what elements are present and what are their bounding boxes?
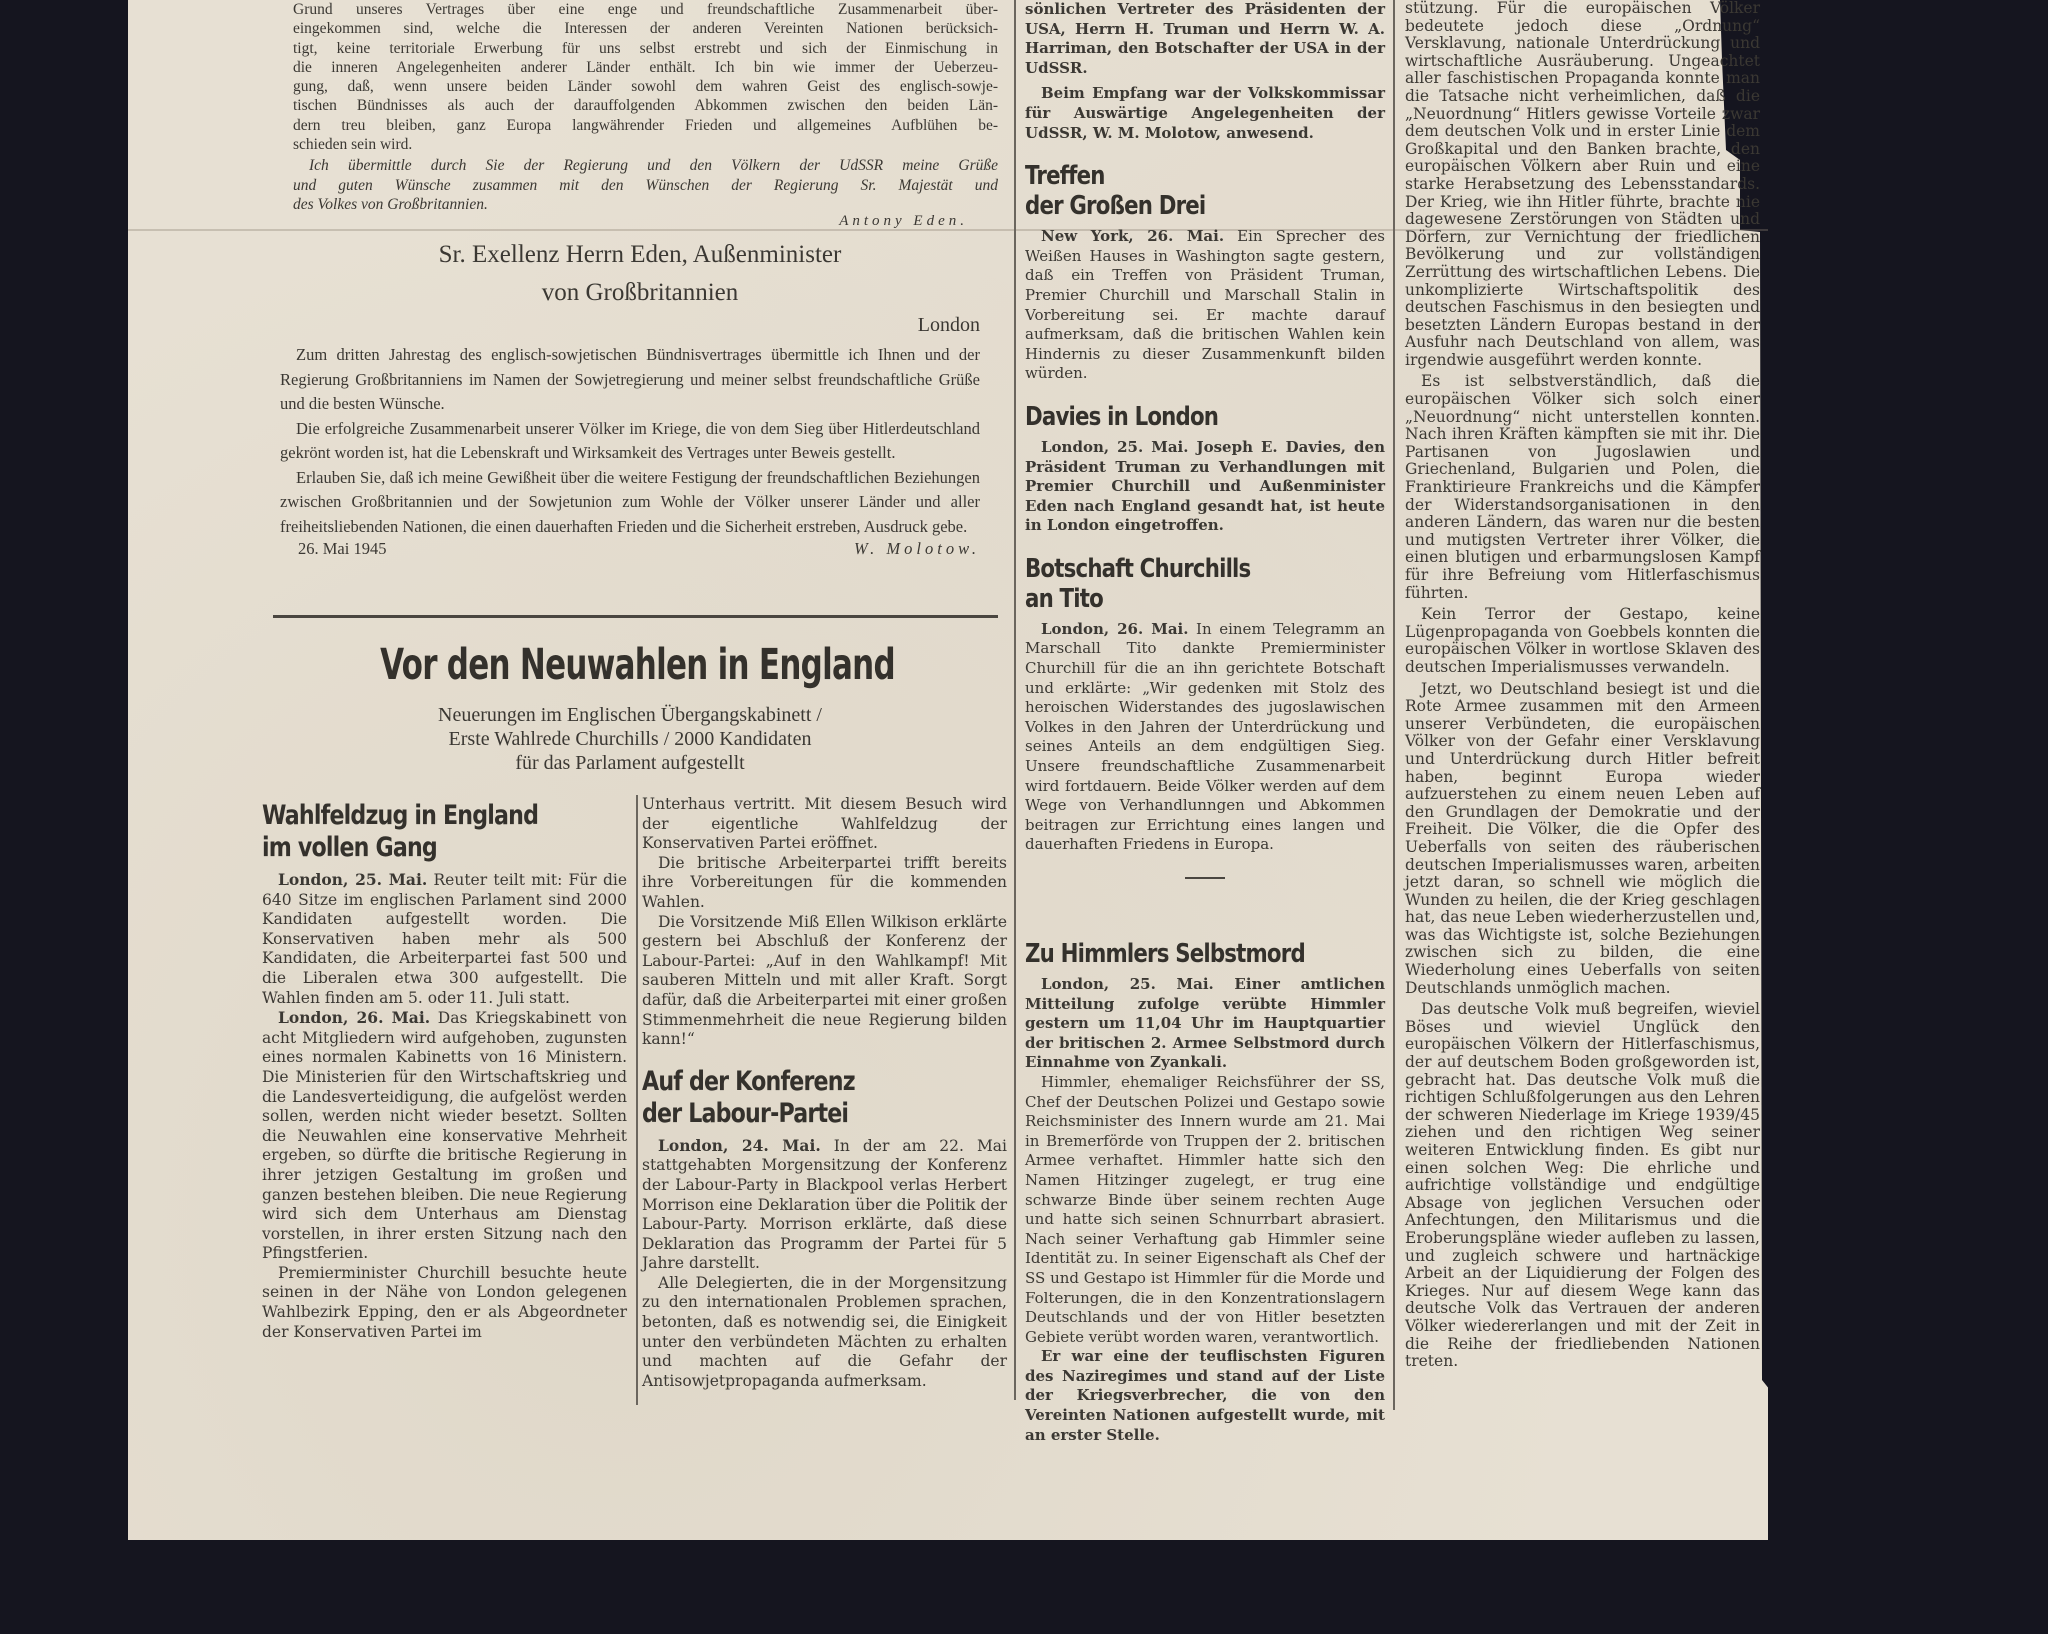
article-title: Botschaft Churchillsan Tito — [1025, 554, 1320, 614]
intro-text: sönlichen Vertreter des Präsidenten der … — [1025, 0, 1385, 143]
paragraph: Es ist selbstverständlich, daß die europ… — [1405, 373, 1760, 602]
short-divider — [1185, 877, 1225, 879]
article-labour: Unterhaus vertritt. Mit diesem Besuch wi… — [642, 795, 1007, 1391]
paragraph: Zum dritten Jahrestag des englisch-sowje… — [280, 343, 980, 417]
paragraph: sönlichen Vertreter des Präsidenten der … — [1025, 0, 1385, 78]
title-line: Botschaft Churchills — [1025, 554, 1320, 584]
paragraph: London, 24. Mai. In der am 22. Mai statt… — [642, 1136, 1007, 1274]
article-wahlfeldzug: Wahlfeldzug in England im vollen Gang Lo… — [262, 800, 627, 1342]
dateline: London, 25. Mai. — [1041, 438, 1188, 456]
title-line: Davies in London — [1025, 402, 1320, 432]
text-line: Grund unseres Vertrages über eine enge u… — [293, 0, 998, 19]
middle-article: Treffender Großen DreiNew York, 26. Mai.… — [1025, 161, 1385, 384]
article-body: London, 25. Mai. Einer amtlichen Mitteil… — [1025, 975, 1385, 1445]
column-rule — [1014, 0, 1016, 1400]
article-title: Wahlfeldzug in England im vollen Gang — [262, 800, 561, 864]
title-line: Zu Himmlers Selbstmord — [1025, 939, 1320, 969]
column-rule — [636, 795, 638, 1405]
middle-article: Botschaft Churchillsan TitoLondon, 26. M… — [1025, 554, 1385, 879]
subheading-line: Neuerungen im Englischen Übergangskabine… — [280, 703, 980, 727]
molotov-letter-place: London — [280, 314, 980, 337]
right-column: stützung. Für die europäischen Völker be… — [1405, 0, 1760, 1375]
paragraph: Beim Empfang war der Volkskommissar für … — [1025, 84, 1385, 143]
molotov-signature: W. Molotow. — [854, 539, 980, 559]
text-line: gung, daß, wenn unsere beiden Länder sow… — [293, 77, 998, 96]
article-title: Zu Himmlers Selbstmord — [1025, 939, 1320, 969]
paragraph: Kein Terror der Gestapo, keine Lügenprop… — [1405, 606, 1760, 676]
section-divider — [273, 615, 998, 618]
paragraph: Die britische Arbeiterpartei trifft bere… — [642, 854, 1007, 913]
text-line: Ich übermittle durch Sie der Regierung u… — [293, 156, 998, 175]
paragraph: London, 26. Mai. In einem Telegramm an M… — [1025, 620, 1385, 855]
article-title: Treffender Großen Drei — [1025, 161, 1320, 221]
election-subheading: Neuerungen im Englischen Übergangskabine… — [280, 703, 980, 775]
text-line: und guten Wünsche zusammen mit den Wünsc… — [293, 176, 998, 195]
paragraph: Die erfolgreiche Zusammenarbeit unserer … — [280, 417, 980, 466]
dateline: London, 26. Mai. — [278, 1008, 430, 1027]
eden-letter: Grund unseres Vertrages über eine enge u… — [293, 0, 998, 214]
dateline: London, 24. Mai. — [658, 1136, 821, 1155]
paragraph: Unterhaus vertritt. Mit diesem Besuch wi… — [642, 795, 1007, 854]
molotov-letter-date: 26. Mai 1945 — [298, 539, 386, 559]
article-continued-body: Unterhaus vertritt. Mit diesem Besuch wi… — [642, 795, 1007, 1050]
title-line: der Großen Drei — [1025, 191, 1320, 221]
paragraph: Erlauben Sie, daß ich meine Gewißheit üb… — [280, 466, 980, 540]
dateline: London, 25. Mai. — [278, 870, 427, 889]
dateline: London, 25. Mai. — [1041, 975, 1214, 993]
text-line: tigt, keine territoriale Erwerbung für u… — [293, 39, 998, 58]
paragraph: London, 25. Mai. Einer amtlichen Mitteil… — [1025, 975, 1385, 1073]
middle-article: Zu Himmlers SelbstmordLondon, 25. Mai. E… — [1025, 939, 1385, 1445]
dateline: London, 26. Mai. — [1041, 620, 1188, 638]
eden-signature: Antony Eden. — [839, 212, 968, 231]
text-line: eingekommen sind, welche die Interessen … — [293, 19, 998, 38]
text-line: schieden sein wird. — [293, 135, 998, 154]
article-body: New York, 26. Mai. Ein Sprecher des Weiß… — [1025, 227, 1385, 384]
paragraph: Er war eine der teuflischsten Figuren de… — [1025, 1347, 1385, 1445]
article-title: Auf der Konferenz der Labour-Partei — [642, 1066, 941, 1130]
title-line: Treffen — [1025, 161, 1320, 191]
text-line: tischen Bündnisses als auch der darauffo… — [293, 96, 998, 115]
column-rule — [1393, 0, 1395, 1410]
paragraph: London, 25. Mai. Reuter teilt mit: Für d… — [262, 870, 627, 1008]
paragraph: Himmler, ehemaliger Reichsführer der SS,… — [1025, 1073, 1385, 1347]
subheading-line: Erste Wahlrede Churchills / 2000 Kandida… — [280, 727, 980, 751]
molotov-letter-heading: Sr. Exellenz Herrn Eden, Außenminister v… — [300, 236, 980, 312]
text-line: die inneren Angelegenheiten anderer Länd… — [293, 58, 998, 77]
subheading-line: für das Parlament aufgestellt — [280, 751, 980, 775]
article-body: London, 25. Mai. Reuter teilt mit: Für d… — [262, 870, 627, 1342]
article-body: London, 26. Mai. In einem Telegramm an M… — [1025, 620, 1385, 855]
paragraph: London, 26. Mai. Das Kriegskabinett von … — [262, 1008, 627, 1264]
paragraph: New York, 26. Mai. Ein Sprecher des Weiß… — [1025, 227, 1385, 384]
molotov-letter-body: Zum dritten Jahrestag des englisch-sowje… — [280, 343, 980, 539]
paragraph: Das deutsche Volk muß begreifen, wieviel… — [1405, 1001, 1760, 1370]
dateline: New York, 26. Mai. — [1041, 227, 1224, 245]
article-title: Davies in London — [1025, 402, 1320, 432]
eden-letter-closing: Ich übermittle durch Sie der Regierung u… — [293, 156, 998, 214]
paragraph: stützung. Für die europäischen Völker be… — [1405, 0, 1760, 369]
middle-article: Davies in LondonLondon, 25. Mai. Joseph … — [1025, 402, 1385, 536]
paragraph: Premierminister Churchill besuchte heute… — [262, 1264, 627, 1342]
eden-letter-body: Grund unseres Vertrages über eine enge u… — [293, 0, 998, 154]
text-line: dern treu bleiben, ganz Europa langwähre… — [293, 116, 998, 135]
article-body: London, 24. Mai. In der am 22. Mai statt… — [642, 1136, 1007, 1392]
middle-column: sönlichen Vertreter des Präsidenten der … — [1025, 0, 1385, 1445]
title-line: an Tito — [1025, 584, 1320, 614]
paragraph: London, 25. Mai. Joseph E. Davies, den P… — [1025, 438, 1385, 536]
paragraph: Die Vorsitzende Miß Ellen Wilkison erklä… — [642, 913, 1007, 1050]
paragraph: Alle Delegierten, die in der Morgensitzu… — [642, 1274, 1007, 1392]
election-headline: Vor den Neuwahlen in England — [280, 640, 980, 690]
article-body: London, 25. Mai. Joseph E. Davies, den P… — [1025, 438, 1385, 536]
paragraph: Jetzt, wo Deutschland besiegt ist und di… — [1405, 681, 1760, 998]
molotov-letter: Sr. Exellenz Herrn Eden, Außenminister v… — [280, 236, 980, 565]
